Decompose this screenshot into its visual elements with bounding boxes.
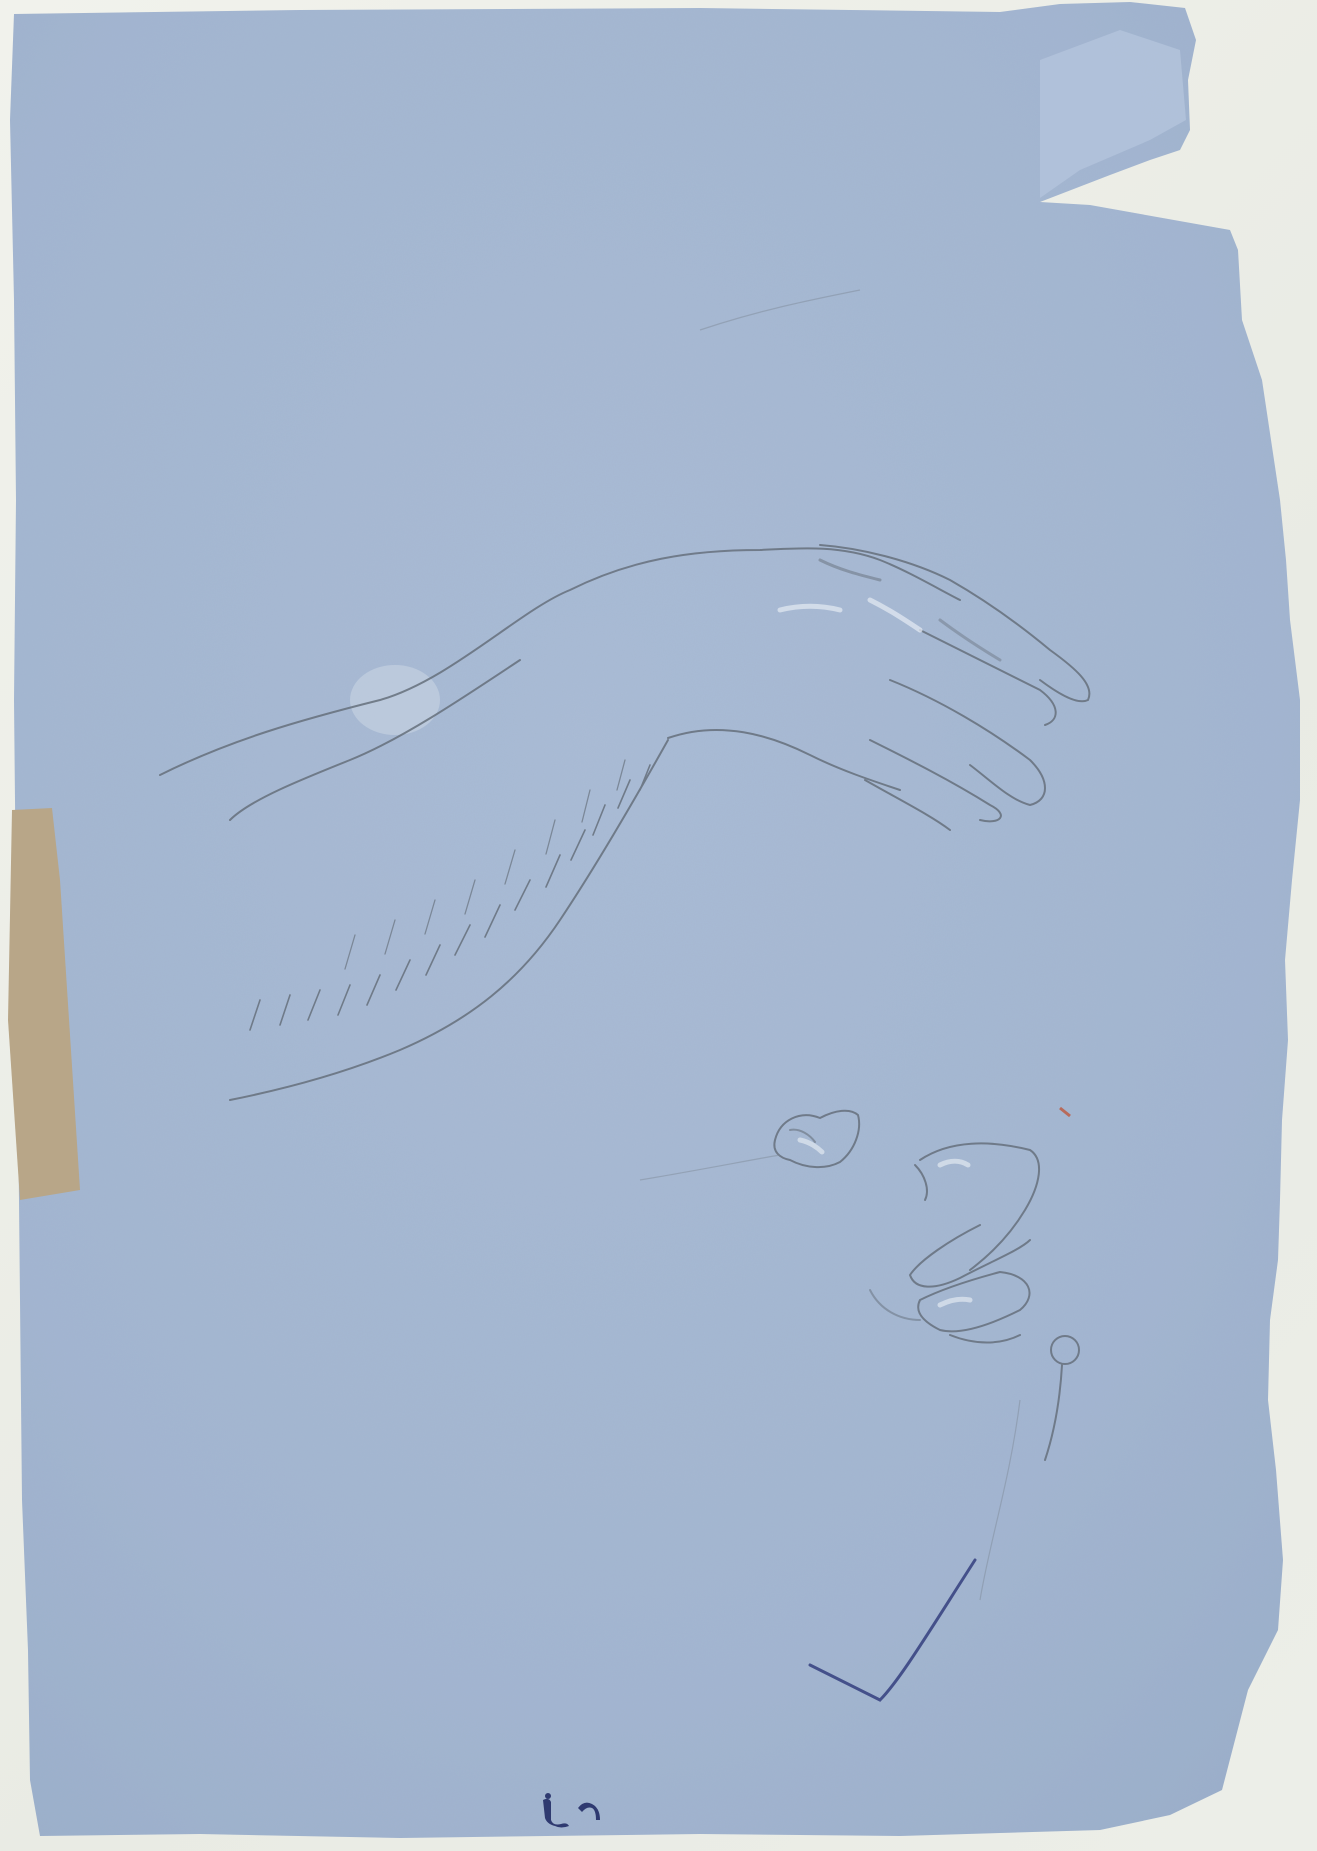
drawing-canvas xyxy=(0,0,1317,1851)
chalk-smudge xyxy=(350,665,440,735)
blue-paper-sheet xyxy=(10,2,1300,1838)
